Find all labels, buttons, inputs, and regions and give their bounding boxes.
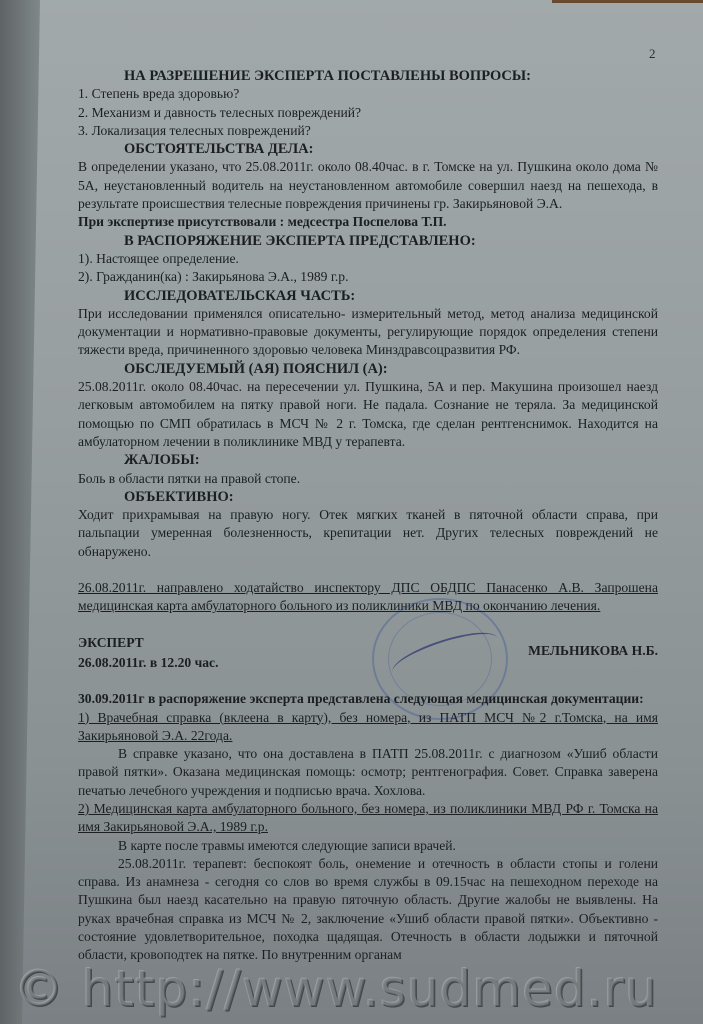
document-2-intro: В карте после травмы имеются следующие з…: [78, 837, 658, 855]
document-2-title: 2) Медицинская карта амбулаторного больн…: [78, 800, 658, 837]
circumstances-text: В определении указано, что 25.08.2011г. …: [78, 158, 658, 213]
explained-heading: ОБСЛЕДУЕМЫЙ (АЯ) ПОЯСНИЛ (А):: [124, 360, 658, 378]
questions-heading: НА РАЗРЕШЕНИЕ ЭКСПЕРТА ПОСТАВЛЕНЫ ВОПРОС…: [124, 67, 658, 85]
documents-intro: 30.09.2011г в распоряжение эксперта пред…: [78, 690, 658, 708]
question-item: 2. Механизм и давность телесных поврежде…: [78, 104, 658, 122]
present-persons: При экспертизе присутствовали : медсестр…: [78, 213, 658, 231]
explained-text: 25.08.2011г. около 08.40час. на пересече…: [78, 378, 658, 451]
expert-name: МЕЛЬНИКОВА Н.Б.: [528, 642, 658, 660]
document-2-entry: 25.08.2011г. терапевт: беспокоят боль, о…: [78, 855, 658, 965]
petition-note: 26.08.2011г. направлено ходатайство инсп…: [78, 579, 658, 616]
circumstances-heading: ОБСТОЯТЕЛЬСТВА ДЕЛА:: [124, 140, 658, 158]
complaints-text: Боль в области пятки на правой стопе.: [78, 470, 658, 488]
research-heading: ИССЛЕДОВАТЕЛЬСКАЯ ЧАСТЬ:: [124, 287, 658, 305]
provided-item: 1). Настоящее определение.: [78, 250, 658, 268]
document-1-title: 1) Врачебная справка (вклеена в карту), …: [78, 709, 658, 746]
question-item: 3. Локализация телесных повреждений?: [78, 122, 658, 140]
research-text: При исследовании применялся описательно-…: [78, 305, 658, 360]
copyright-watermark: © http://www.sudmed.ru: [14, 960, 703, 1018]
question-item: 1. Степень вреда здоровью?: [78, 85, 658, 103]
provided-heading: В РАСПОРЯЖЕНИЕ ЭКСПЕРТА ПРЕДСТАВЛЕНО:: [124, 232, 658, 250]
document-content: НА РАЗРЕШЕНИЕ ЭКСПЕРТА ПОСТАВЛЕНЫ ВОПРОС…: [78, 0, 658, 965]
document-1-text: В справке указано, что она доставлена в …: [78, 745, 658, 800]
complaints-heading: ЖАЛОБЫ:: [124, 451, 658, 469]
objective-text: Ходит прихрамывая на правую ногу. Отек м…: [78, 506, 658, 561]
objective-heading: ОБЪЕКТИВНО:: [124, 488, 658, 506]
provided-item: 2). Гражданин(ка) : Закирьянова Э.А., 19…: [78, 268, 658, 286]
